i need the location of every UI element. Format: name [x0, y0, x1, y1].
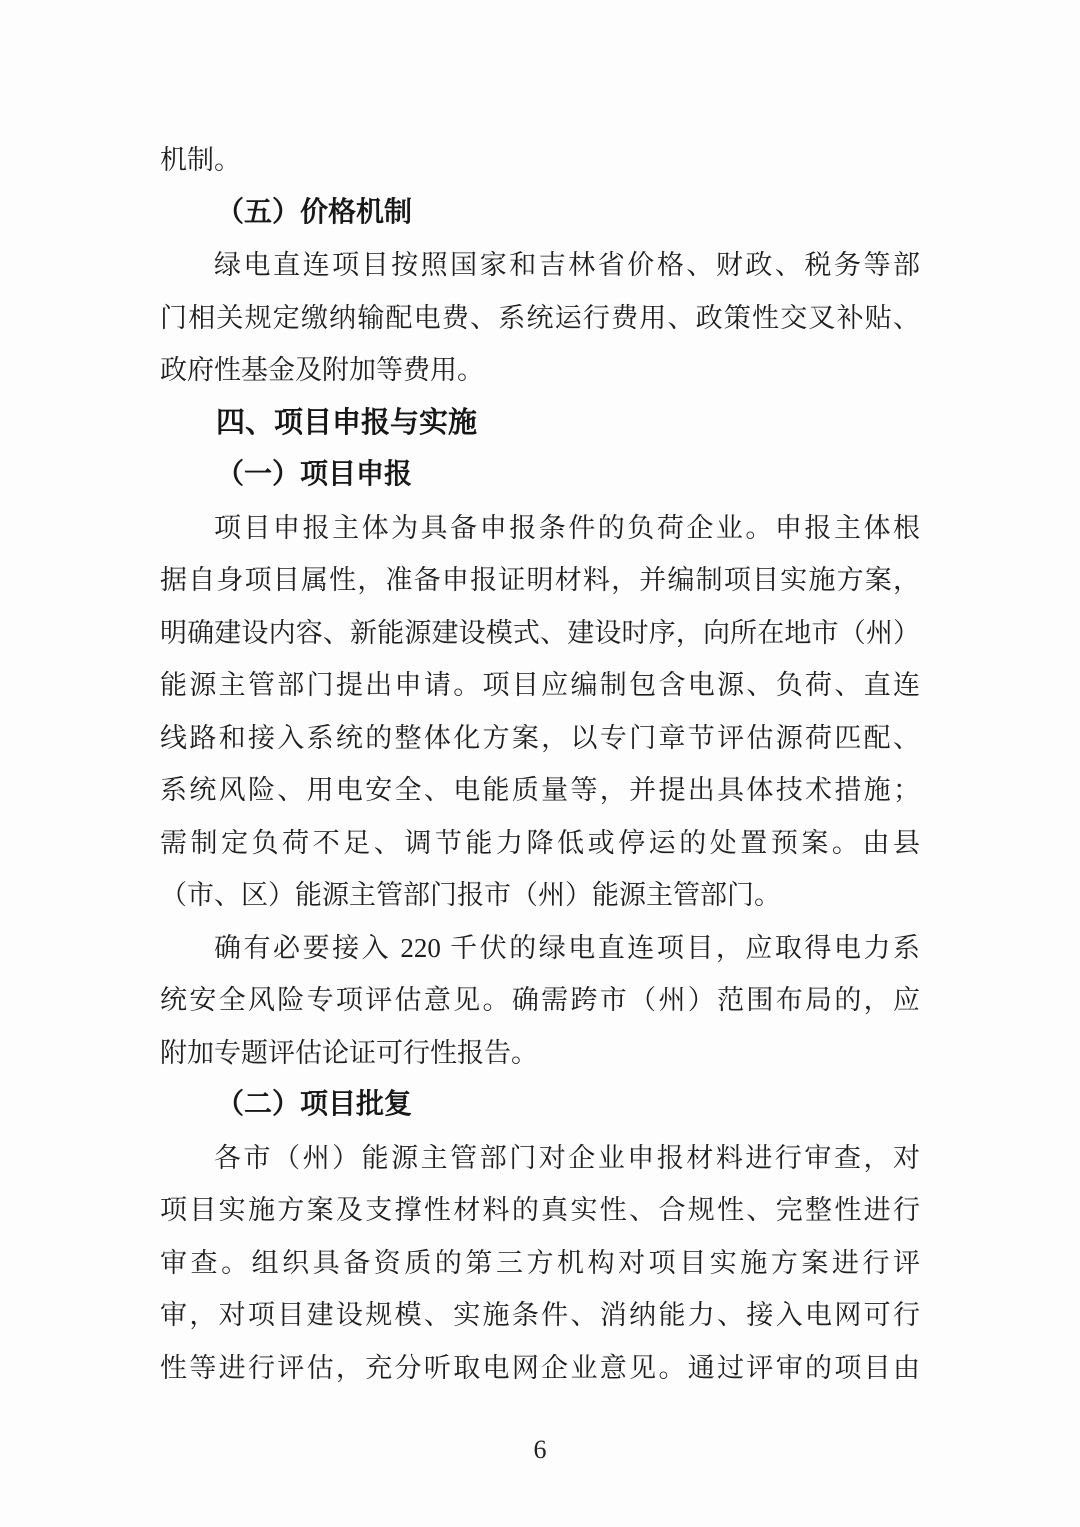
- text-line: 附加专题评估论证可行性报告。: [160, 1027, 920, 1080]
- document-page: 机制。（五）价格机制绿电直连项目按照国家和吉林省价格、财政、税务等部门相关规定缴…: [0, 0, 1080, 1527]
- text-line: 门相关规定缴纳输配电费、系统运行费用、政策性交叉补贴、: [160, 292, 920, 345]
- text-line: 需制定负荷不足、调节能力降低或停运的处置预案。由县: [160, 817, 920, 870]
- text-line: （市、区）能源主管部门报市（州）能源主管部门。: [160, 869, 920, 922]
- text-line: 能源主管部门提出申请。项目应编制包含电源、负荷、直连: [160, 659, 920, 712]
- subsection-heading: （一）项目申报: [160, 449, 920, 502]
- page-number: 6: [534, 1435, 547, 1464]
- subsection-heading: （二）项目批复: [160, 1079, 920, 1132]
- page-footer: 6: [0, 1432, 1080, 1468]
- text-line: 各市（州）能源主管部门对企业申报材料进行审查，对: [160, 1132, 920, 1185]
- section-heading: 四、项目申报与实施: [160, 397, 920, 450]
- text-line: 确有必要接入 220 千伏的绿电直连项目，应取得电力系: [160, 922, 920, 975]
- text-line: 线路和接入系统的整体化方案，以专门章节评估源荷匹配、: [160, 712, 920, 765]
- text-line: 明确建设内容、新能源建设模式、建设时序，向所在地市（州）: [160, 607, 920, 660]
- text-line: 统安全风险专项评估意见。确需跨市（州）范围布局的，应: [160, 974, 920, 1027]
- text-line: 绿电直连项目按照国家和吉林省价格、财政、税务等部: [160, 239, 920, 292]
- text-line: 系统风险、用电安全、电能质量等，并提出具体技术措施；: [160, 764, 920, 817]
- text-line: 项目实施方案及支撑性材料的真实性、合规性、完整性进行: [160, 1184, 920, 1237]
- text-line: 政府性基金及附加等费用。: [160, 344, 920, 397]
- text-line: 据自身项目属性，准备申报证明材料，并编制项目实施方案，: [160, 554, 920, 607]
- text-line: 项目申报主体为具备申报条件的负荷企业。申报主体根: [160, 502, 920, 555]
- subsection-heading: （五）价格机制: [160, 187, 920, 240]
- text-line: 机制。: [160, 134, 920, 187]
- text-line: 审查。组织具备资质的第三方机构对项目实施方案进行评: [160, 1237, 920, 1290]
- text-line: 审，对项目建设规模、实施条件、消纳能力、接入电网可行: [160, 1289, 920, 1342]
- text-line: 性等进行评估，充分听取电网企业意见。通过评审的项目由: [160, 1342, 920, 1395]
- document-body: 机制。（五）价格机制绿电直连项目按照国家和吉林省价格、财政、税务等部门相关规定缴…: [160, 134, 920, 1394]
